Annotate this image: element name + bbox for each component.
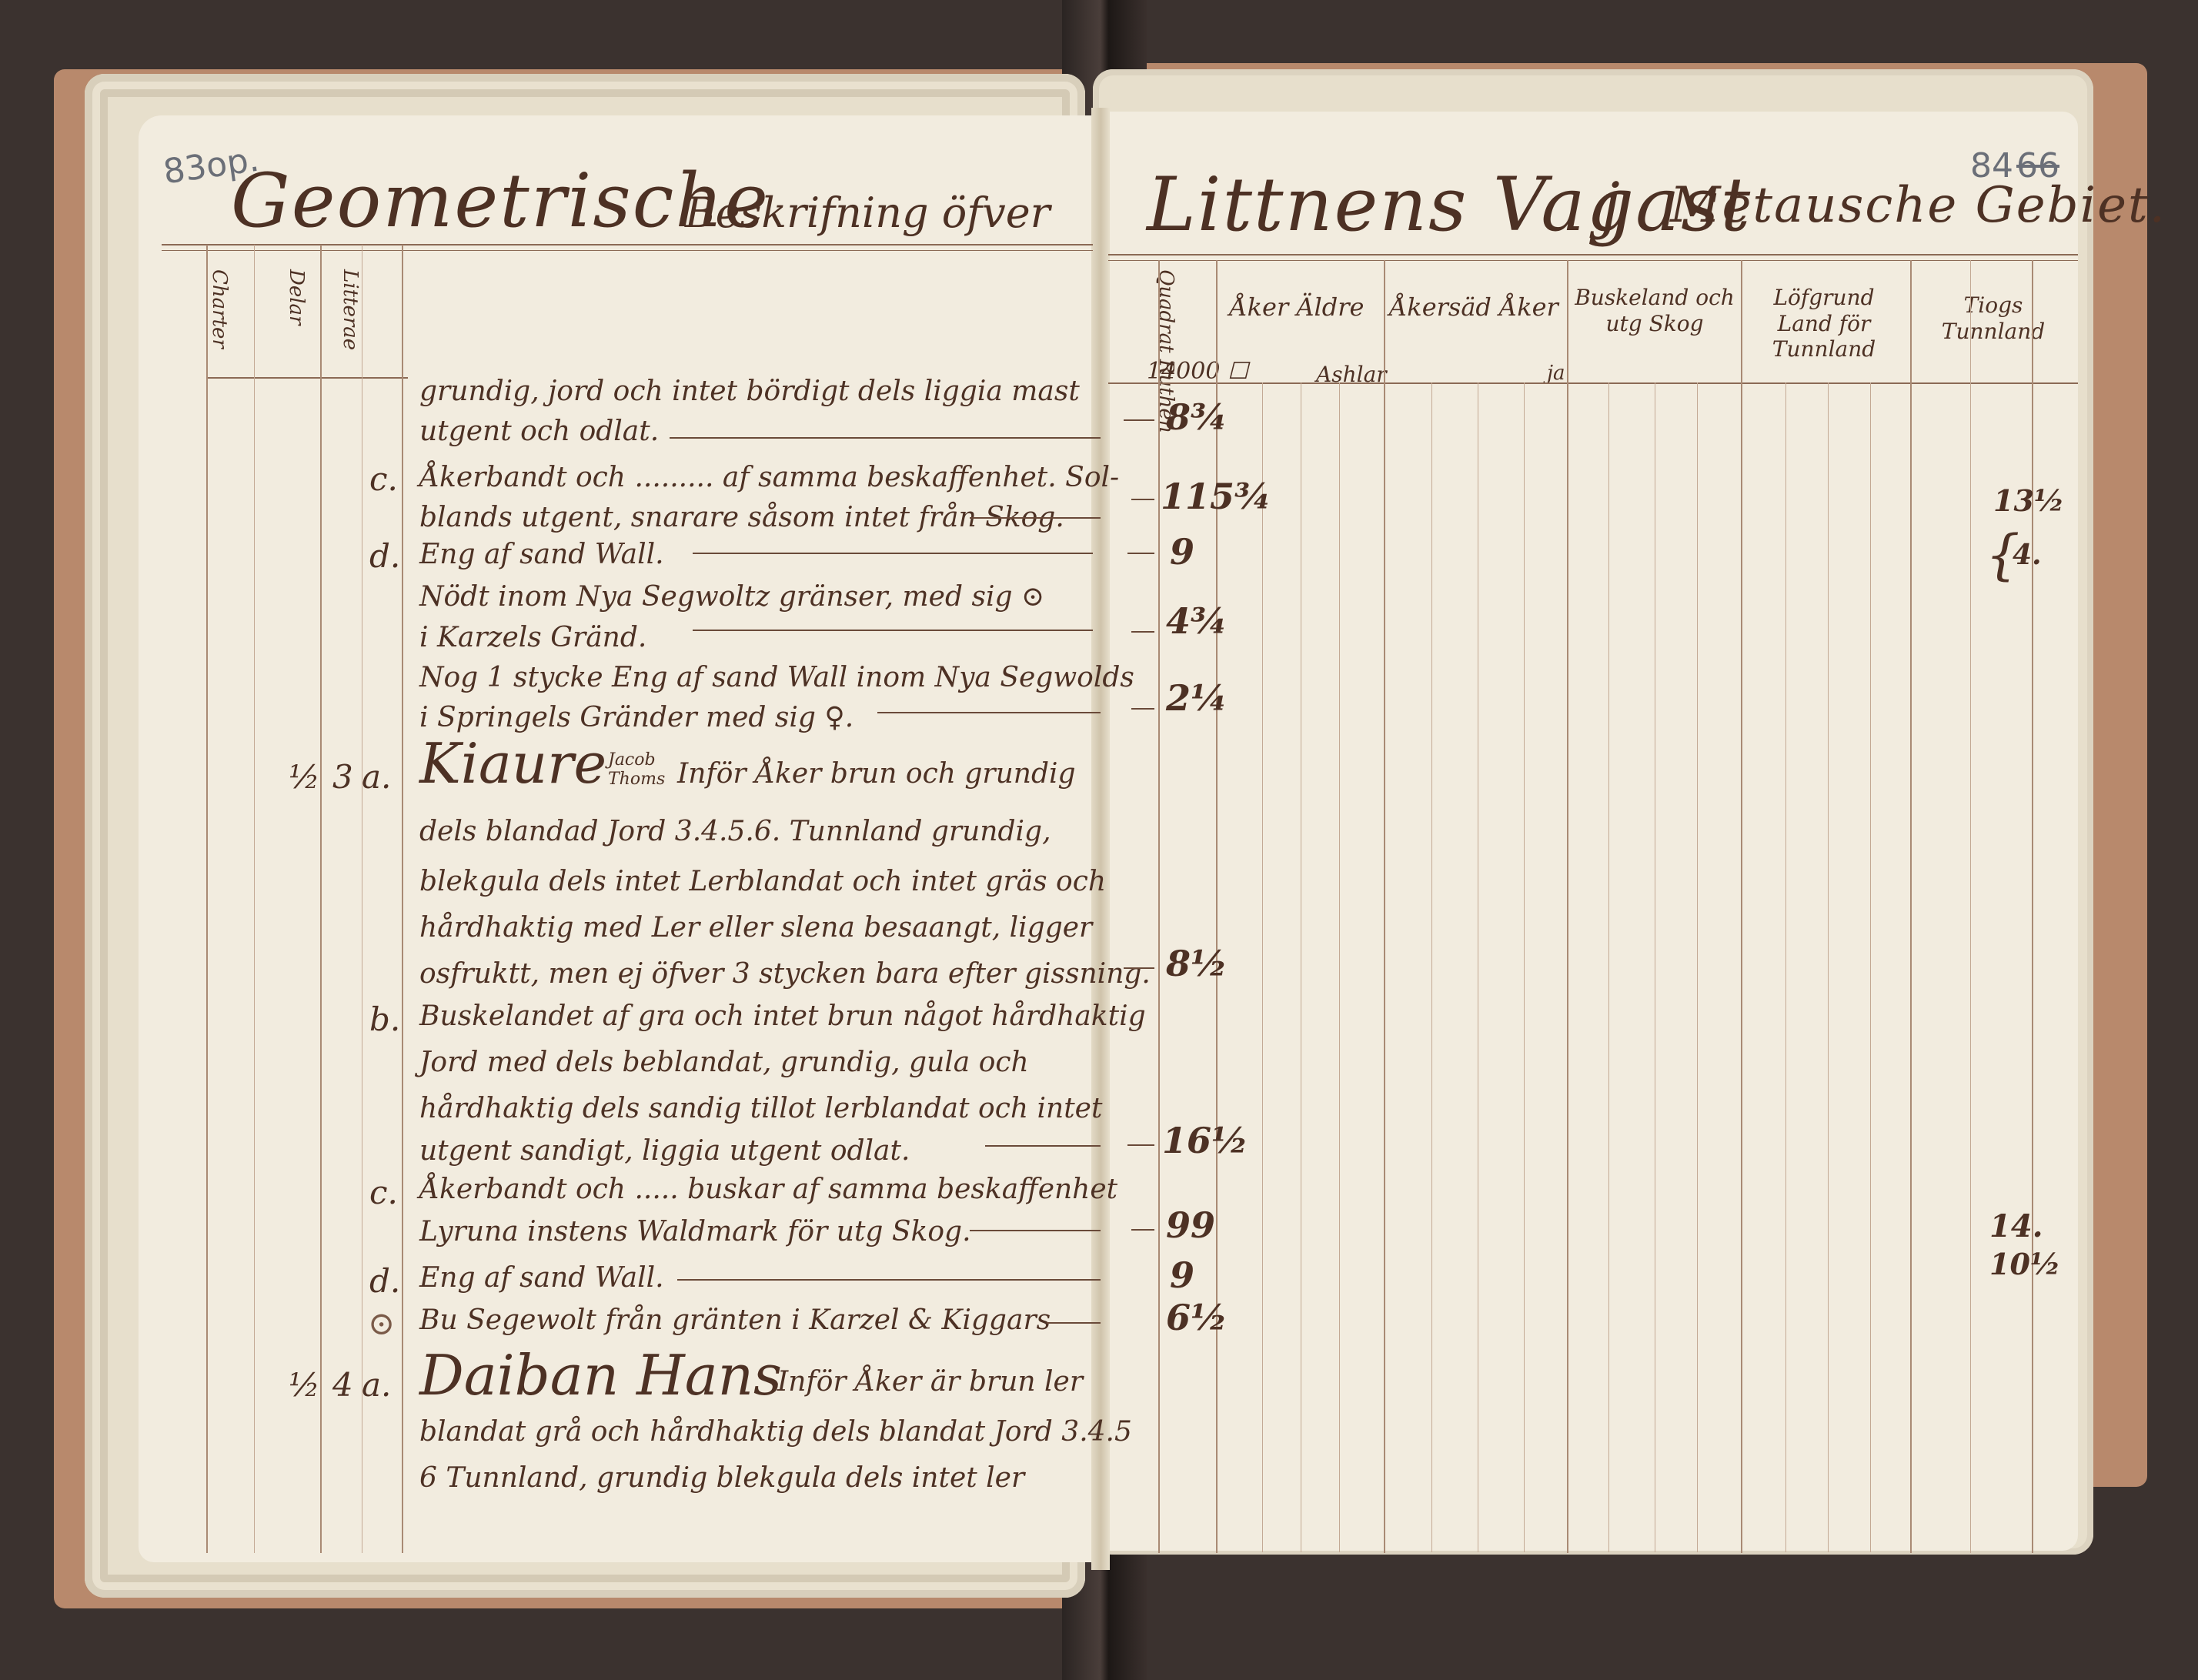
header-rule-right — [1108, 254, 2078, 256]
entry-line: i Springels Gränder med sig ♀. — [419, 702, 853, 733]
header-mark: ja — [1547, 362, 1565, 385]
entry-line: Åkerbandt och ..... buskar af samma besk… — [419, 1174, 1117, 1205]
col-header-aker-aldre: Åker Äldre — [1216, 292, 1378, 322]
entry-letter: c. — [369, 1174, 398, 1211]
entry-line: hårdhaktig dels sandig tillot lerblandat… — [419, 1093, 1102, 1124]
entry-line: Inför Åker brun och grundig — [677, 758, 1076, 790]
page-title-end: Metausche Gebiet. — [1670, 177, 2166, 234]
page-title-connector: j — [1601, 169, 1622, 241]
area-value: 8¾ — [1166, 396, 1228, 438]
area-value: 9 — [1170, 1254, 1194, 1296]
entry-line: blands utgent, snarare såsom intet från … — [419, 502, 1064, 533]
area-value: 9 — [1170, 531, 1194, 573]
folio-number-struck: 66 — [2016, 146, 2059, 185]
entry-line: utgent sandigt, liggia utgent odlat. — [419, 1135, 910, 1167]
entry-line: utgent och odlat. — [419, 416, 659, 447]
entry-number: 3 — [332, 758, 353, 796]
tax-value: 10½ — [1989, 1247, 2061, 1281]
entry-fraction: ½ — [289, 758, 320, 796]
page-title-right: Littnens Vagast — [1147, 162, 1752, 248]
area-value: 99 — [1166, 1204, 1215, 1246]
entry-line: osfruktt, men ej öfver 3 stycken bara ef… — [419, 958, 1151, 990]
folio-number-right: 84 — [1970, 146, 2013, 185]
entry-line: i Karzels Gränd. — [419, 622, 646, 653]
entry-letter: d. — [369, 537, 400, 575]
header-rule-left — [162, 244, 1093, 245]
tax-value: 14. — [1989, 1208, 2043, 1244]
area-value: 6½ — [1166, 1297, 1228, 1338]
area-value: 2¼ — [1166, 677, 1228, 719]
col-header-tiogs: Tiogs Tunnland — [1932, 292, 2055, 344]
col-header-litterae: Litterae — [338, 269, 362, 350]
entry-line: blekgula dels intet Lerblandat och intet… — [419, 866, 1106, 897]
entry-line: Åkerbandt och ......... af samma beskaff… — [419, 462, 1119, 493]
entry-line: Inför Åker är brun ler — [777, 1366, 1083, 1398]
area-value: 8½ — [1166, 943, 1228, 984]
header-area-value: 14000 ☐ — [1147, 358, 1248, 385]
area-value: 16½ — [1162, 1120, 1248, 1161]
entry-line: 6 Tunnland, grundig blekgula dels intet … — [419, 1462, 1024, 1494]
entry-letter: d. — [369, 1262, 400, 1300]
entry-line: Eng af sand Wall. — [419, 539, 664, 570]
page-subtitle-left: Beskrifning öfver — [685, 189, 1050, 237]
area-value: 4¾ — [1166, 600, 1228, 642]
col-header-charter: Charter — [207, 269, 231, 349]
col-header-lofgrund: Löfgrund Land för Tunnland — [1747, 285, 1901, 362]
entry-fraction: ½ — [289, 1366, 320, 1404]
entry-line: Nödt inom Nya Segwoltz gränser, med sig … — [419, 581, 1044, 613]
entry-line: Nog 1 stycke Eng af sand Wall inom Nya S… — [419, 662, 1134, 693]
owner-name: Daiban Hans — [419, 1343, 782, 1408]
entry-line: grundig, jord och intet bördigt dels lig… — [419, 376, 1080, 407]
gutter — [1091, 108, 1110, 1570]
area-value: 115¾ — [1161, 476, 1271, 517]
col-header-buskeland: Buskeland och utg Skog — [1570, 285, 1739, 336]
owner-name: Kiaure — [419, 731, 606, 796]
owner-name-note: Jacob Thoms — [608, 750, 677, 789]
entry-line: Bu Segewolt från gränten i Karzel & Kigg… — [419, 1304, 1051, 1336]
entry-line: hårdhaktig med Ler eller slena besaangt,… — [419, 912, 1092, 944]
entry-letter: a. — [362, 758, 391, 796]
entry-line: blandat grå och hårdhaktig dels blandat … — [419, 1416, 1132, 1448]
tax-value: 13½ — [1993, 483, 2065, 518]
entry-line: Lyruna instens Waldmark för utg Skog. — [419, 1216, 971, 1247]
entry-letter: ⊙ — [368, 1304, 395, 1342]
entry-line: dels blandad Jord 3.4.5.6. Tunnland grun… — [419, 816, 1051, 847]
entry-number: 4 — [332, 1366, 353, 1404]
entry-letter: a. — [362, 1366, 391, 1404]
entry-line: Jord med dels beblandat, grundig, gula o… — [419, 1047, 1029, 1078]
entry-letter: c. — [369, 460, 398, 498]
ruling — [206, 245, 208, 1553]
col-header-akersad: Åkersäd Åker — [1385, 292, 1562, 322]
entry-letter: b. — [369, 1000, 400, 1038]
tax-value: 4. — [2013, 539, 2042, 571]
col-header-delar: Delar — [284, 269, 308, 325]
entry-line: Buskelandet af gra och intet brun något … — [419, 1000, 1146, 1032]
entry-line: Eng af sand Wall. — [419, 1262, 664, 1294]
